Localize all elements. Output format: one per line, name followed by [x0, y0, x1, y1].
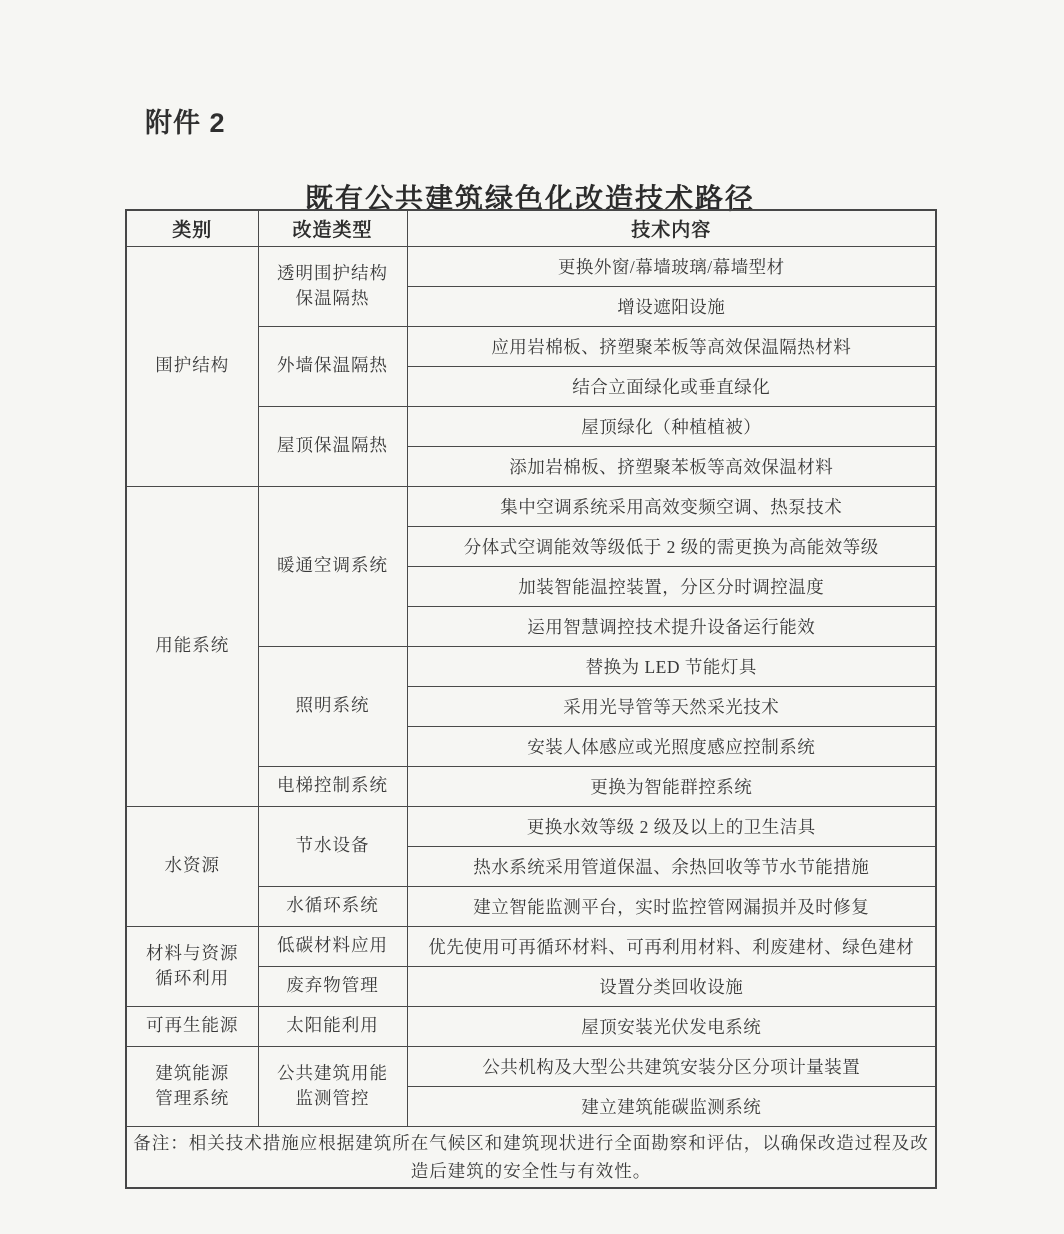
retrofit-type-cell: 废弃物管理	[258, 966, 407, 1006]
header-tech-content: 技术内容	[407, 210, 936, 246]
tech-content-cell: 集中空调系统采用高效变频空调、热泵技术	[407, 486, 936, 526]
header-category: 类别	[126, 210, 258, 246]
tech-content-cell: 更换为智能群控系统	[407, 766, 936, 806]
table-row: 水资源节水设备更换水效等级 2 级及以上的卫生洁具	[126, 806, 936, 846]
retrofit-type-cell: 照明系统	[258, 646, 407, 766]
tech-content-cell: 设置分类回收设施	[407, 966, 936, 1006]
category-cell: 水资源	[126, 806, 258, 926]
tech-content-cell: 屋顶绿化（种植植被）	[407, 406, 936, 446]
note-row: 备注：相关技术措施应根据建筑所在气候区和建筑现状进行全面勘察和评估，以确保改造过…	[126, 1126, 936, 1188]
retrofit-type-cell: 公共建筑用能 监测管控	[258, 1046, 407, 1126]
tech-content-cell: 建立建筑能碳监测系统	[407, 1086, 936, 1126]
document-page: { "page": { "attachment_label": "附件 2", …	[0, 0, 1064, 1234]
tech-content-cell: 加装智能温控装置，分区分时调控温度	[407, 566, 936, 606]
tech-content-cell: 安装人体感应或光照度感应控制系统	[407, 726, 936, 766]
tech-content-cell: 应用岩棉板、挤塑聚苯板等高效保温隔热材料	[407, 326, 936, 366]
category-cell: 围护结构	[126, 246, 258, 486]
tech-content-cell: 采用光导管等天然采光技术	[407, 686, 936, 726]
tech-content-cell: 增设遮阳设施	[407, 286, 936, 326]
retrofit-type-cell: 暖通空调系统	[258, 486, 407, 646]
table-row: 建筑能源 管理系统公共建筑用能 监测管控公共机构及大型公共建筑安装分区分项计量装…	[126, 1046, 936, 1086]
tech-content-cell: 更换水效等级 2 级及以上的卫生洁具	[407, 806, 936, 846]
tech-content-cell: 替换为 LED 节能灯具	[407, 646, 936, 686]
attachment-label: 附件 2	[145, 101, 226, 140]
retrofit-type-cell: 太阳能利用	[258, 1006, 407, 1046]
tech-content-cell: 热水系统采用管道保温、余热回收等节水节能措施	[407, 846, 936, 886]
category-cell: 建筑能源 管理系统	[126, 1046, 258, 1126]
table-row: 用能系统暖通空调系统集中空调系统采用高效变频空调、热泵技术	[126, 486, 936, 526]
retrofit-type-cell: 电梯控制系统	[258, 766, 407, 806]
retrofit-type-cell: 节水设备	[258, 806, 407, 886]
tech-content-cell: 建立智能监测平台，实时监控管网漏损并及时修复	[407, 886, 936, 926]
category-cell: 可再生能源	[126, 1006, 258, 1046]
tech-content-cell: 分体式空调能效等级低于 2 级的需更换为高能效等级	[407, 526, 936, 566]
header-retrofit-type: 改造类型	[258, 210, 407, 246]
retrofit-type-cell: 外墙保温隔热	[258, 326, 407, 406]
retrofit-type-cell: 透明围护结构 保温隔热	[258, 246, 407, 326]
tech-path-table: 类别 改造类型 技术内容 围护结构透明围护结构 保温隔热更换外窗/幕墙玻璃/幕墙…	[125, 209, 937, 1189]
tech-content-cell: 运用智慧调控技术提升设备运行能效	[407, 606, 936, 646]
retrofit-type-cell: 低碳材料应用	[258, 926, 407, 966]
category-cell: 材料与资源 循环利用	[126, 926, 258, 1006]
retrofit-type-cell: 水循环系统	[258, 886, 407, 926]
category-cell: 用能系统	[126, 486, 258, 806]
tech-content-cell: 屋顶安装光伏发电系统	[407, 1006, 936, 1046]
tech-content-cell: 结合立面绿化或垂直绿化	[407, 366, 936, 406]
retrofit-type-cell: 屋顶保温隔热	[258, 406, 407, 486]
table-row: 可再生能源太阳能利用屋顶安装光伏发电系统	[126, 1006, 936, 1046]
table-row: 围护结构透明围护结构 保温隔热更换外窗/幕墙玻璃/幕墙型材	[126, 246, 936, 286]
tech-content-cell: 更换外窗/幕墙玻璃/幕墙型材	[407, 246, 936, 286]
table-row: 材料与资源 循环利用低碳材料应用优先使用可再循环材料、可再利用材料、利废建材、绿…	[126, 926, 936, 966]
tech-content-cell: 添加岩棉板、挤塑聚苯板等高效保温材料	[407, 446, 936, 486]
tech-content-cell: 优先使用可再循环材料、可再利用材料、利废建材、绿色建材	[407, 926, 936, 966]
note-cell: 备注：相关技术措施应根据建筑所在气候区和建筑现状进行全面勘察和评估，以确保改造过…	[126, 1126, 936, 1188]
table-header-row: 类别 改造类型 技术内容	[126, 210, 936, 246]
tech-content-cell: 公共机构及大型公共建筑安装分区分项计量装置	[407, 1046, 936, 1086]
